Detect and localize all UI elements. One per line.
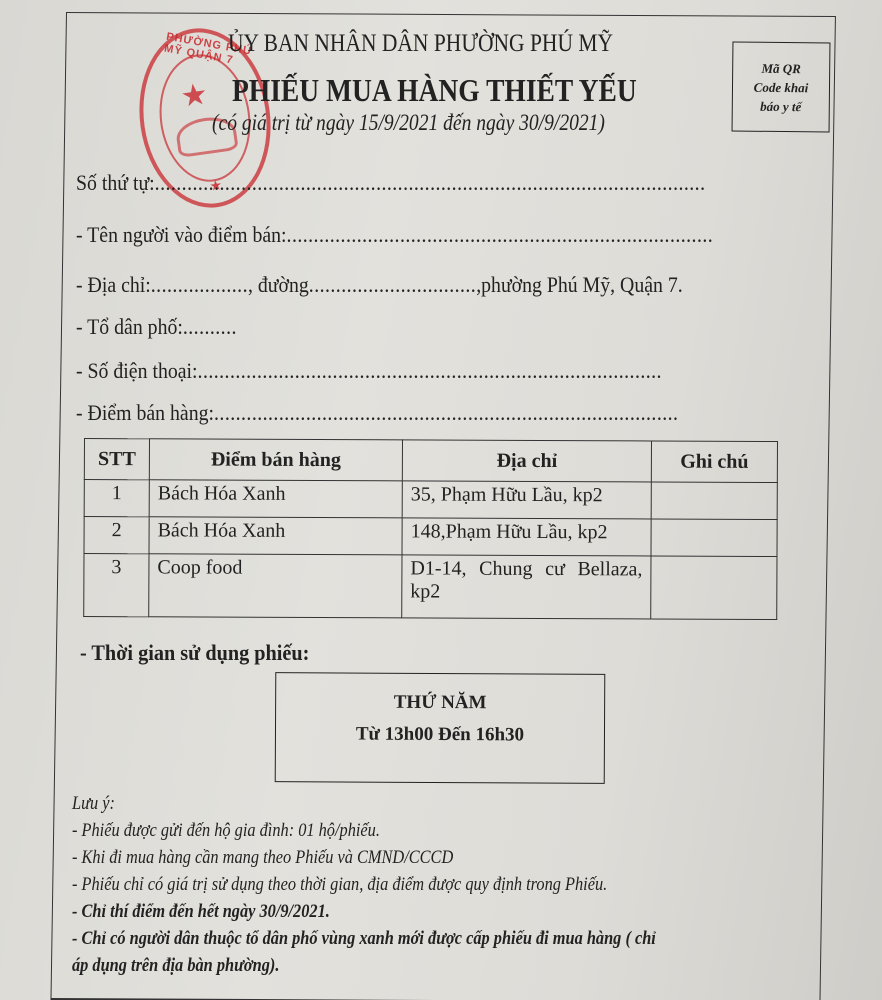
validity-period: (có giá trị từ ngày 15/9/2021 đến ngày 3…	[212, 110, 605, 136]
row-address: 148,Phạm Hữu Lầu, kp2	[402, 518, 651, 556]
store-field[interactable]: - Điểm bán hàng:........................…	[76, 400, 678, 426]
row-stt: 1	[84, 480, 149, 517]
note-item: áp dụng trên địa bàn phường).	[72, 952, 656, 979]
row-address: D1-14, Chung cư Bellaza, kp2	[402, 555, 651, 619]
address-label: - Địa chỉ:	[76, 272, 151, 297]
neighborhood-field[interactable]: - Tổ dân phố:..........	[76, 314, 237, 340]
neighborhood-label: - Tổ dân phố:	[76, 314, 183, 339]
street-blank[interactable]: ...............................	[309, 272, 476, 297]
phone-field[interactable]: - Số điện thoại:........................…	[76, 358, 662, 384]
house-number-blank[interactable]: ..................	[151, 272, 248, 297]
row-address: 35, Phạm Hữu Lầu, kp2	[402, 481, 651, 519]
column-header-store: Điểm bán hàng	[149, 439, 402, 481]
phone-label: - Số điện thoại:	[76, 358, 198, 383]
row-note	[651, 519, 777, 557]
usage-time-box: THỨ NĂM Từ 13h00 Đến 16h30	[275, 672, 606, 784]
column-header-stt: STT	[84, 439, 149, 480]
phone-blank[interactable]: ........................................…	[198, 358, 662, 383]
usage-hours: Từ 13h00 Đến 16h30	[276, 723, 604, 747]
notes-heading: Lưu ý:	[72, 790, 656, 817]
table-row: 2 Bách Hóa Xanh 148,Phạm Hữu Lầu, kp2	[84, 517, 777, 557]
notes-section: Lưu ý: - Phiếu được gửi đến hộ gia đình:…	[72, 790, 656, 979]
usage-day: THỨ NĂM	[276, 691, 604, 715]
row-store: Coop food	[149, 554, 402, 618]
column-header-note: Ghi chú	[651, 441, 777, 483]
neighborhood-blank[interactable]: ..........	[183, 314, 237, 339]
table-row: 3 Coop food D1-14, Chung cư Bellaza, kp2	[84, 554, 777, 620]
issuing-organization: ỦY BAN NHÂN DÂN PHƯỜNG PHÚ MỸ	[228, 30, 613, 58]
usage-time-label: - Thời gian sử dụng phiếu:	[80, 640, 309, 666]
row-note	[651, 482, 777, 520]
store-blank[interactable]: ........................................…	[214, 400, 678, 425]
note-item: - Phiếu chỉ có giá trị sử dụng theo thời…	[72, 871, 656, 898]
note-item: - Khi đi mua hàng cần mang theo Phiếu và…	[72, 844, 656, 871]
store-label: - Điểm bán hàng:	[76, 400, 214, 425]
table-row: 1 Bách Hóa Xanh 35, Phạm Hữu Lầu, kp2	[84, 480, 777, 520]
address-field[interactable]: - Địa chỉ:.................., đường.....…	[76, 272, 683, 298]
sequence-number-label: Số thứ tự:	[76, 170, 155, 195]
row-note	[651, 556, 777, 620]
row-store: Bách Hóa Xanh	[149, 517, 402, 555]
sequence-number-blank[interactable]: ........................................…	[155, 170, 706, 195]
note-item: - Phiếu được gửi đến hộ gia đình: 01 hộ/…	[72, 817, 656, 844]
row-stt: 2	[84, 517, 149, 554]
star-icon: ★	[179, 80, 210, 113]
note-item: - Chỉ có người dân thuộc tổ dân phố vùng…	[72, 925, 656, 952]
buyer-name-blank[interactable]: ........................................…	[287, 222, 714, 247]
store-table: STT Điểm bán hàng Địa chỉ Ghi chú 1 Bách…	[83, 438, 778, 620]
document-title: PHIẾU MUA HÀNG THIẾT YẾU	[232, 72, 637, 109]
qr-code-placeholder: Mã QR Code khai báo y tế	[732, 41, 831, 132]
ward-district-text: ,phường Phú Mỹ, Quận 7.	[476, 272, 683, 297]
table-header-row: STT Điểm bán hàng Địa chỉ Ghi chú	[84, 439, 777, 483]
buyer-name-label: - Tên người vào điểm bán:	[76, 222, 287, 247]
buyer-name-field[interactable]: - Tên người vào điểm bán:...............…	[76, 222, 713, 248]
note-item: - Chỉ thí điểm đến hết ngày 30/9/2021.	[72, 898, 656, 925]
column-header-address: Địa chỉ	[402, 440, 651, 482]
sequence-number-field[interactable]: Số thứ tự:..............................…	[76, 170, 705, 196]
row-stt: 3	[84, 554, 149, 617]
street-label: , đường	[248, 272, 309, 297]
row-store: Bách Hóa Xanh	[149, 480, 402, 518]
